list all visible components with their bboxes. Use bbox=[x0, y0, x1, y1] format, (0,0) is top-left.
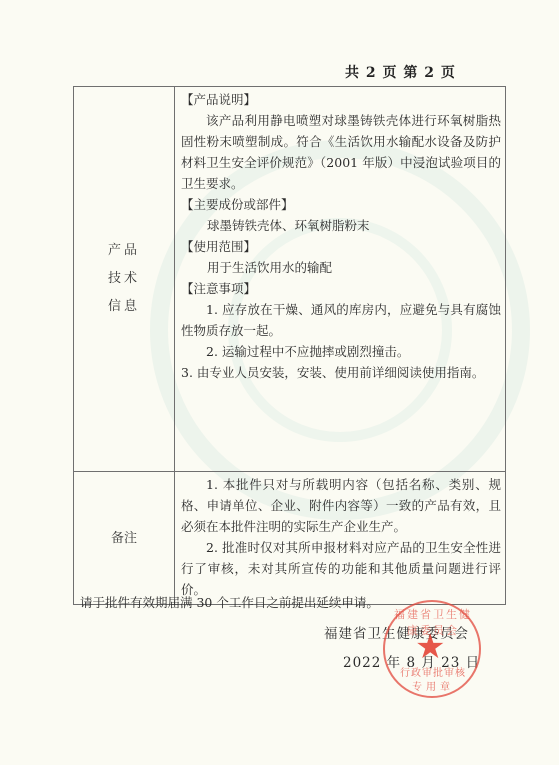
note-item: 3. 由专业人员安装，安装、使用前详细阅读使用指南。 bbox=[181, 362, 501, 383]
label-line: 技术 bbox=[74, 265, 174, 293]
page-indicator: 共 2 页 第 2 页 bbox=[345, 62, 456, 82]
tech-info-content-cell: 【产品说明】 该产品利用静电喷塑对球墨铸铁壳体进行环氧树脂热固性粉末喷塑制成。符… bbox=[175, 87, 506, 472]
description-text: 该产品利用静电喷塑对球墨铸铁壳体进行环氧树脂热固性粉末喷塑制成。符合《生活饮用水… bbox=[181, 110, 501, 194]
remark-item: 2. 批准时仅对其所申报材料对应产品的卫生安全性进行了审核，未对其所宣传的功能和… bbox=[181, 537, 501, 600]
seal-line-2: 专用章 bbox=[395, 678, 471, 693]
seal-line-1: 行政审批审核 bbox=[395, 664, 471, 679]
product-info-table: 产品 技术 信息 【产品说明】 该产品利用静电喷塑对球墨铸铁壳体进行环氧树脂热固… bbox=[73, 86, 506, 605]
tech-info-label-cell: 产品 技术 信息 bbox=[74, 87, 175, 472]
official-seal: 福建省卫生健康委员会 ★ 行政审批审核 专用章 bbox=[383, 600, 481, 698]
notes-heading: 【注意事项】 bbox=[181, 278, 501, 299]
note-item: 1. 应存放在干燥、通风的库房内，应避免与具有腐蚀性物质存放一起。 bbox=[181, 299, 501, 341]
label-line: 产品 bbox=[74, 237, 174, 265]
star-icon: ★ bbox=[415, 630, 445, 664]
note-item: 2. 运输过程中不应抛摔或剧烈撞击。 bbox=[181, 341, 501, 362]
tech-info-row: 产品 技术 信息 【产品说明】 该产品利用静电喷塑对球墨铸铁壳体进行环氧树脂热固… bbox=[74, 87, 506, 472]
remark-item: 1. 本批件只对与所载明内容（包括名称、类别、规格、申请单位、企业、附件内容等）… bbox=[181, 474, 501, 537]
document-page: 共 2 页 第 2 页 产品 技术 信息 【产品说明】 该产品利用静电喷塑对球墨… bbox=[0, 0, 559, 765]
usage-text: 用于生活饮用水的输配 bbox=[181, 257, 501, 278]
renewal-notice: 请于批件有效期届满 30 个工作日之前提出延续申请。 bbox=[80, 593, 379, 611]
usage-heading: 【使用范围】 bbox=[181, 236, 501, 257]
components-heading: 【主要成份或部件】 bbox=[181, 194, 501, 215]
remark-label: 备注 bbox=[111, 531, 137, 546]
remark-row: 备注 1. 本批件只对与所载明内容（包括名称、类别、规格、申请单位、企业、附件内… bbox=[74, 472, 506, 605]
label-line: 信息 bbox=[74, 293, 174, 321]
description-heading: 【产品说明】 bbox=[181, 89, 501, 110]
components-text: 球墨铸铁壳体、环氧树脂粉末 bbox=[181, 215, 501, 236]
remark-content-cell: 1. 本批件只对与所载明内容（包括名称、类别、规格、申请单位、企业、附件内容等）… bbox=[175, 472, 506, 605]
remark-label-cell: 备注 bbox=[74, 472, 175, 605]
